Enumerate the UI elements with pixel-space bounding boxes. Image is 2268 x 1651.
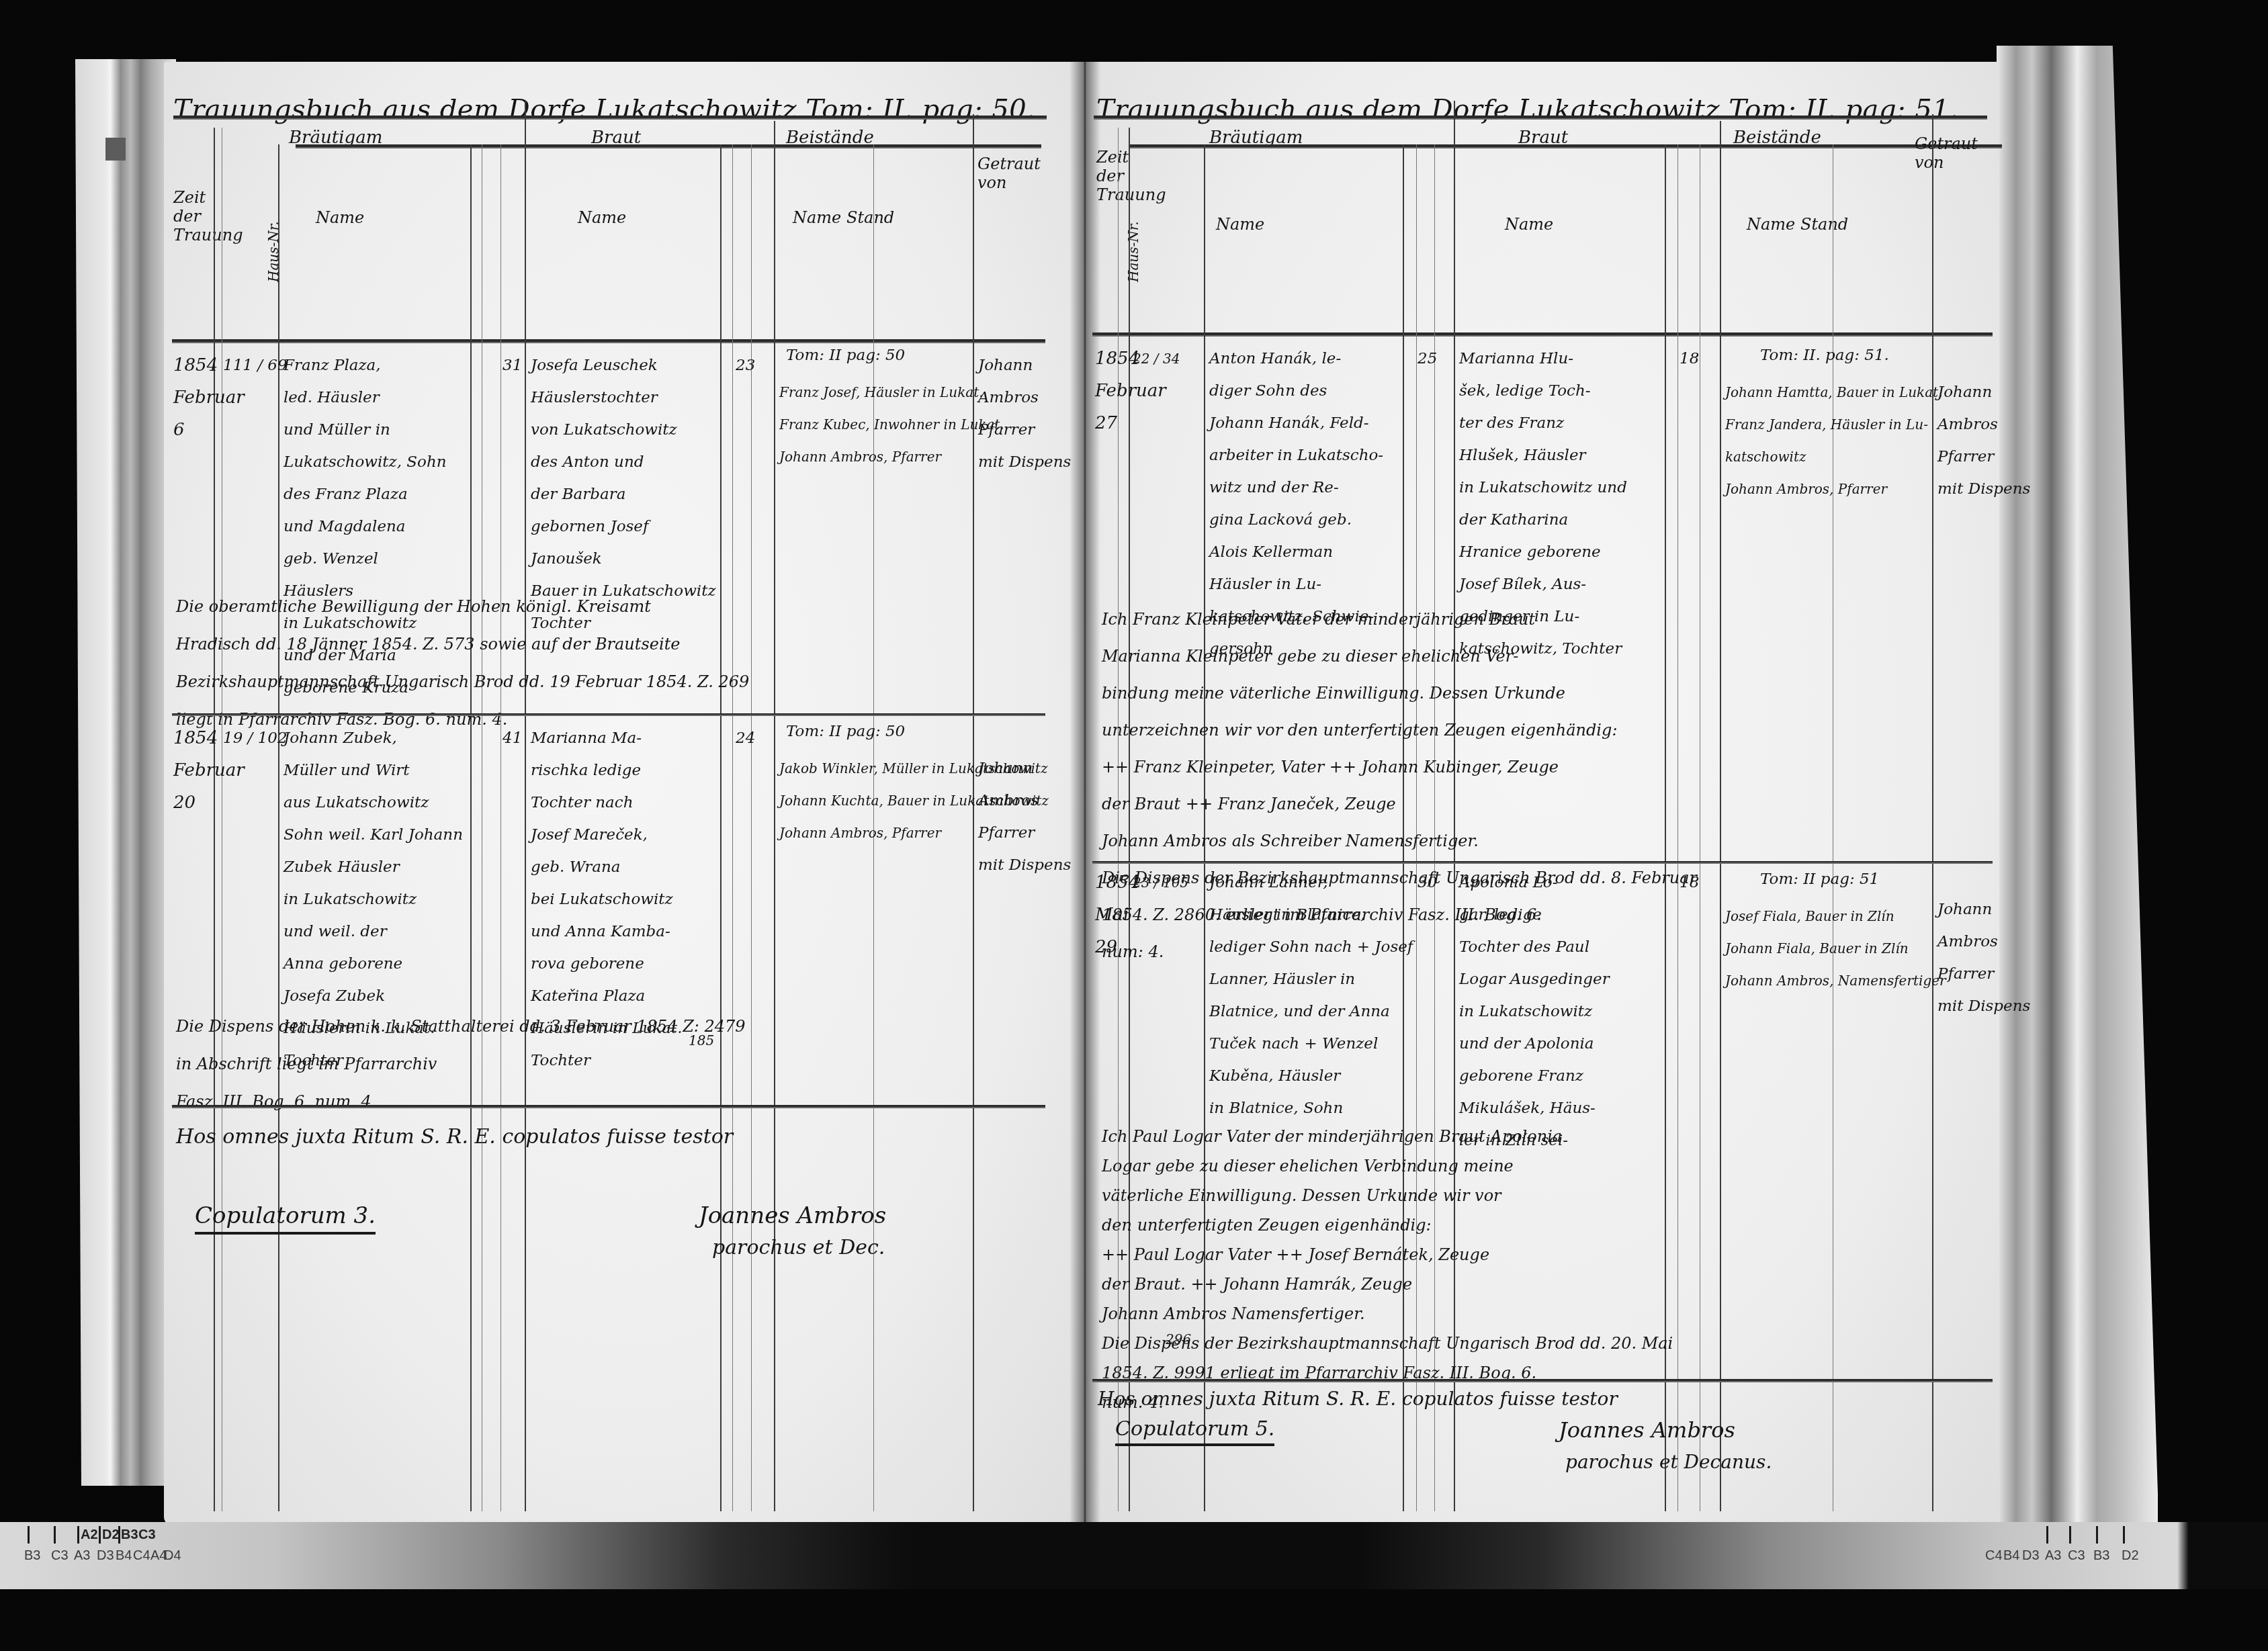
entry-bride-age: 18: [1680, 343, 1699, 375]
priest-title: parochus et Decanus.: [1565, 1451, 1772, 1473]
header-subrule: [296, 144, 1041, 148]
entry-divider: [172, 713, 1045, 716]
header-witness-name: Name: [1747, 215, 1795, 234]
col-line: [1932, 114, 1933, 1511]
header-bottom-rule: [172, 339, 1045, 343]
col-line: [214, 128, 215, 1511]
copulated-total: Copulatorum 3.: [195, 1202, 376, 1235]
ruler-label: D4: [164, 1548, 181, 1564]
priest-signature: Joannes Ambros: [1559, 1417, 1735, 1443]
closing-attestation: Hos omnes juxta Ritum S. R. E. copulatos…: [176, 1118, 733, 1156]
entry-officiant: Johann Ambros Pfarrer mit Dispens: [978, 752, 1071, 881]
entry-date: 1854 Februar 27: [1095, 343, 1135, 439]
col-line: [1700, 144, 1700, 1511]
entry-witness-ref: Tom: II pag: 50: [786, 715, 905, 748]
ruler-label: D2: [2122, 1548, 2139, 1564]
col-line: [1720, 121, 1721, 1511]
entry-house-number: 19 / 102: [223, 722, 288, 754]
col-line: [482, 144, 482, 1511]
right-page-title: Trauungsbuch aus dem Dorfe Lukatschowitz…: [1096, 94, 1958, 125]
entry-house-number: 23 / 105: [1133, 866, 1188, 899]
header-witness-status: Stand: [1800, 215, 1848, 234]
col-line: [732, 144, 733, 1511]
left-page-title: Trauungsbuch aus dem Dorfe Lukatschowitz…: [173, 94, 1035, 125]
entry-house-number: 111 / 69: [223, 349, 288, 382]
scale-ruler: [0, 1522, 2268, 1589]
entry-remark: Die Dispens der Hohen k. k. Statthaltere…: [176, 1008, 746, 1120]
entry-bride: Apolonia Lo- gar, ledige Tochter des Pau…: [1459, 866, 1610, 1157]
priest-signature: Joannes Ambros: [699, 1202, 886, 1229]
ruler-label: A3: [2045, 1548, 2061, 1564]
header-house-number: Haus-Nr.: [1125, 222, 1141, 283]
entry-house-number: 22 / 34: [1133, 343, 1180, 375]
ruler-tick: [2046, 1526, 2048, 1544]
ruler-label: A2: [81, 1527, 98, 1543]
ruler-label: B3: [121, 1527, 138, 1543]
entry-witness-ref: Tom: II pag: 50: [786, 339, 905, 371]
ruler-tick: [77, 1526, 79, 1544]
entry-bride-age: 23: [736, 349, 755, 382]
ruler-label: D3: [2022, 1548, 2040, 1564]
entry-groom-age: 25: [1417, 343, 1437, 375]
header-subrule: [1129, 144, 2002, 148]
entry-witnesses: Franz Josef, Häusler in Lukat. Franz Kub…: [779, 376, 1004, 473]
col-line: [720, 144, 722, 1511]
ruler-label: D2: [102, 1527, 120, 1543]
ruler-tick: [54, 1526, 56, 1544]
col-line: [774, 121, 775, 1511]
header-officiant: Getraut von: [977, 154, 1024, 192]
ruler-tick: [99, 1526, 101, 1544]
entry-groom: Johann Lanner, Häusler in Blatnice, ledi…: [1209, 866, 1413, 1124]
title-underline: [1094, 116, 1987, 120]
priest-title: parochus et Dec.: [712, 1236, 885, 1259]
entry-groom-age: 31: [503, 349, 522, 382]
ruler-label: C3: [138, 1527, 156, 1543]
entry-officiant: Johann Ambros Pfarrer mit Dispens: [978, 349, 1071, 478]
ruler-label: C3: [51, 1548, 69, 1564]
header-bride-name: Name: [578, 208, 626, 227]
header-bottom-rule: [1092, 332, 1993, 337]
entry-remark-number: 185: [689, 1024, 714, 1057]
header-bride-name: Name: [1505, 215, 1553, 234]
bookmark-tab: [105, 138, 126, 161]
entry-remark: Ich Paul Logar Vater der minderjährigen …: [1102, 1122, 1673, 1417]
entry-groom-age: 41: [503, 722, 522, 754]
title-underline: [173, 116, 1047, 120]
entry-divider: [172, 1105, 1045, 1108]
entry-date: 1854 Februar 6: [173, 349, 214, 446]
header-witness-name: Name: [793, 208, 841, 227]
entry-groom-age: 30: [1417, 866, 1437, 899]
entry-officiant: Johann Ambros Pfarrer mit Dispens: [1937, 376, 2030, 505]
closing-attestation: Hos omnes juxta Ritum S. R. E. copulatos…: [1098, 1380, 1618, 1418]
col-line: [525, 101, 526, 1511]
entry-date: 1854 Mai 29: [1095, 866, 1135, 963]
header-groom-name: Name: [316, 208, 364, 227]
header-officiant: Getraut von: [1915, 134, 1962, 172]
entry-witness-ref: Tom: II pag: 51: [1760, 863, 1879, 895]
ruler-tick: [2096, 1526, 2098, 1544]
ruler-label: B3: [2093, 1548, 2109, 1564]
col-line: [470, 144, 472, 1511]
ruler-label: A3: [74, 1548, 90, 1564]
ruler-label: B4: [2003, 1548, 2019, 1564]
copulated-total: Copulatorum 5.: [1115, 1417, 1274, 1446]
ruler-label: C4: [133, 1548, 150, 1564]
ruler-label: B3: [24, 1548, 40, 1564]
entry-bride-age: 24: [736, 722, 755, 754]
header-groom-name: Name: [1216, 215, 1264, 234]
entry-date: 1854 Februar 20: [173, 722, 214, 819]
col-line: [222, 128, 222, 1511]
ruler-tick: [2123, 1526, 2125, 1544]
header-time: Zeit der Trauung: [1096, 148, 1143, 204]
entry-witnesses: Josef Fiala, Bauer in Zlín Johann Fiala,…: [1725, 900, 1946, 997]
entry-remark-number: 296: [1166, 1323, 1191, 1355]
ruler-tick: [2069, 1526, 2071, 1544]
ruler-label: D3: [97, 1548, 114, 1564]
header-witness-status: Stand: [846, 208, 894, 227]
entry-bride-age: 18: [1680, 866, 1699, 899]
col-line: [500, 144, 501, 1511]
entry-officiant: Johann Ambros Pfarrer mit Dispens: [1937, 893, 2030, 1022]
ruler-label: B4: [116, 1548, 132, 1564]
book-gutter: [1070, 62, 1100, 1526]
ruler-label: C4: [1985, 1548, 2003, 1564]
entry-witnesses: Johann Hamtta, Bauer in Lukat. Franz Jan…: [1725, 376, 1943, 505]
ruler-tick: [28, 1526, 30, 1544]
entry-witness-ref: Tom: II. pag: 51.: [1760, 339, 1889, 371]
ruler-label: C3: [2068, 1548, 2085, 1564]
page-stack-left-edge: [75, 59, 176, 1486]
